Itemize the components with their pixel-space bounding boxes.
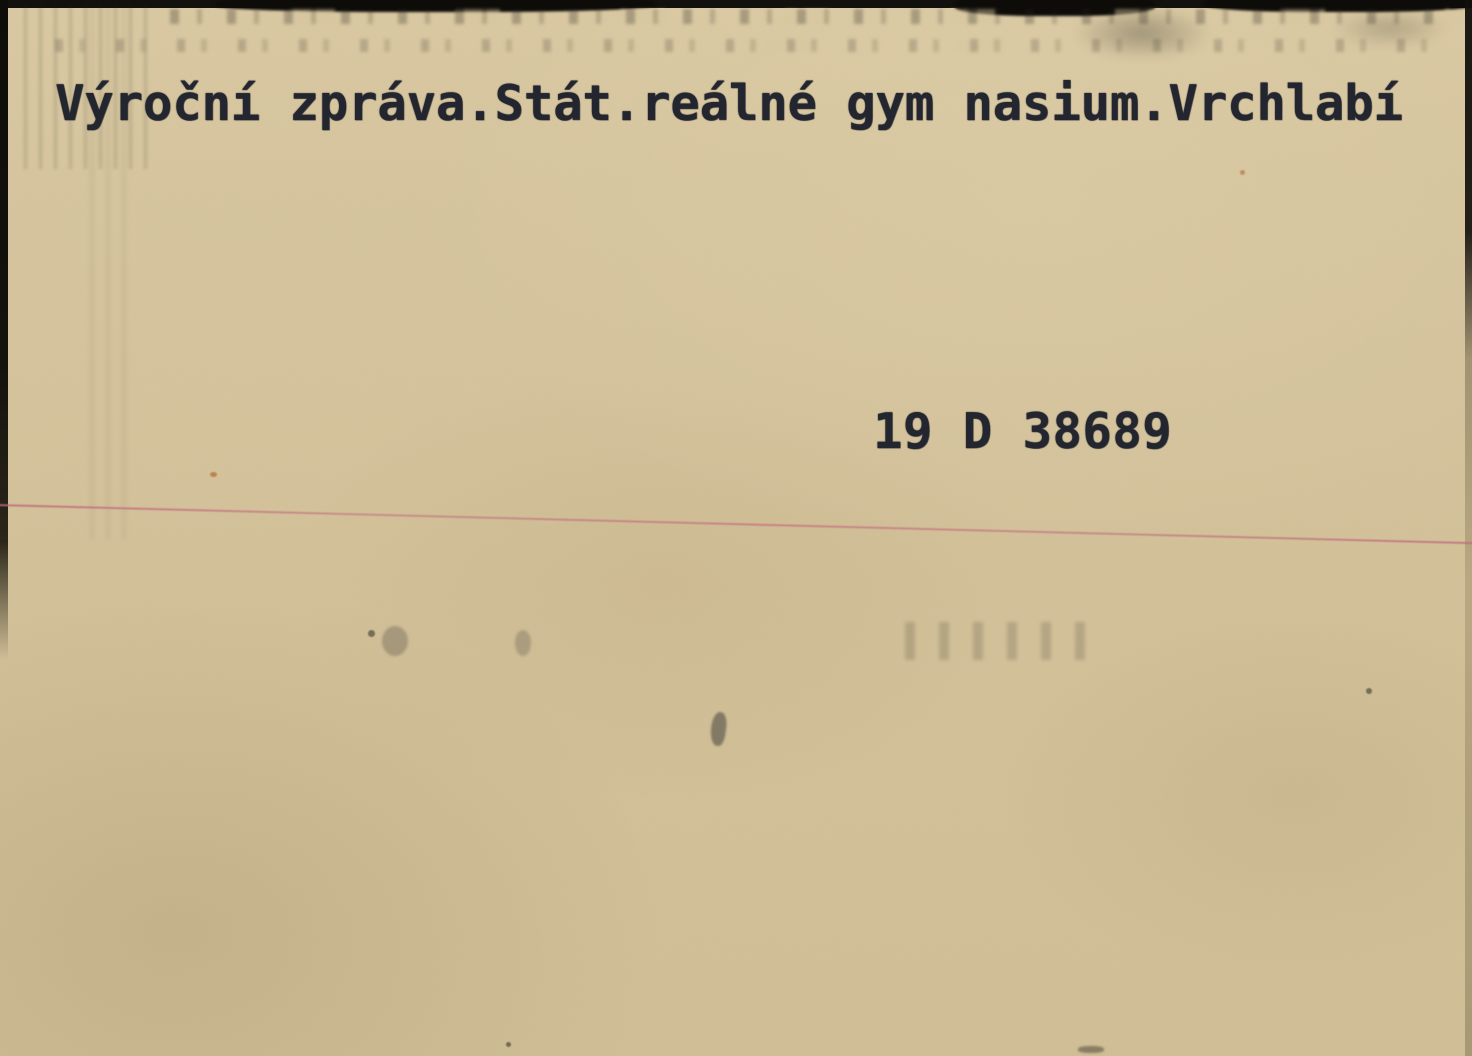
call-number: 19 D 38689 [873, 403, 1172, 460]
catalog-card: Výroční zpráva.Stát.reálné gym nasium.Vr… [0, 0, 1472, 1056]
scan-edge-top-bump [215, 0, 655, 12]
faint-smudge [515, 630, 531, 656]
paper-fleck [210, 472, 217, 477]
ink-speck [368, 630, 375, 637]
paper-grain-texture [0, 0, 1472, 1056]
ink-speck [1366, 688, 1372, 694]
gray-smudge [709, 711, 729, 747]
ruled-line [0, 504, 1472, 545]
card-title-line: Výroční zpráva.Stát.reálné gym nasium.Vr… [55, 75, 1403, 132]
faint-smudge [382, 626, 408, 656]
faint-pencil-marks [905, 622, 1090, 660]
scan-edge-left [0, 0, 8, 660]
bleed-through-text-row [55, 39, 1445, 52]
paper-fleck [1240, 170, 1245, 175]
ink-smudge [1330, 8, 1450, 48]
scan-edge-right [1465, 0, 1472, 1056]
ink-speck [1078, 1046, 1104, 1053]
ink-speck [506, 1042, 511, 1047]
ink-smudge [1072, 6, 1212, 60]
